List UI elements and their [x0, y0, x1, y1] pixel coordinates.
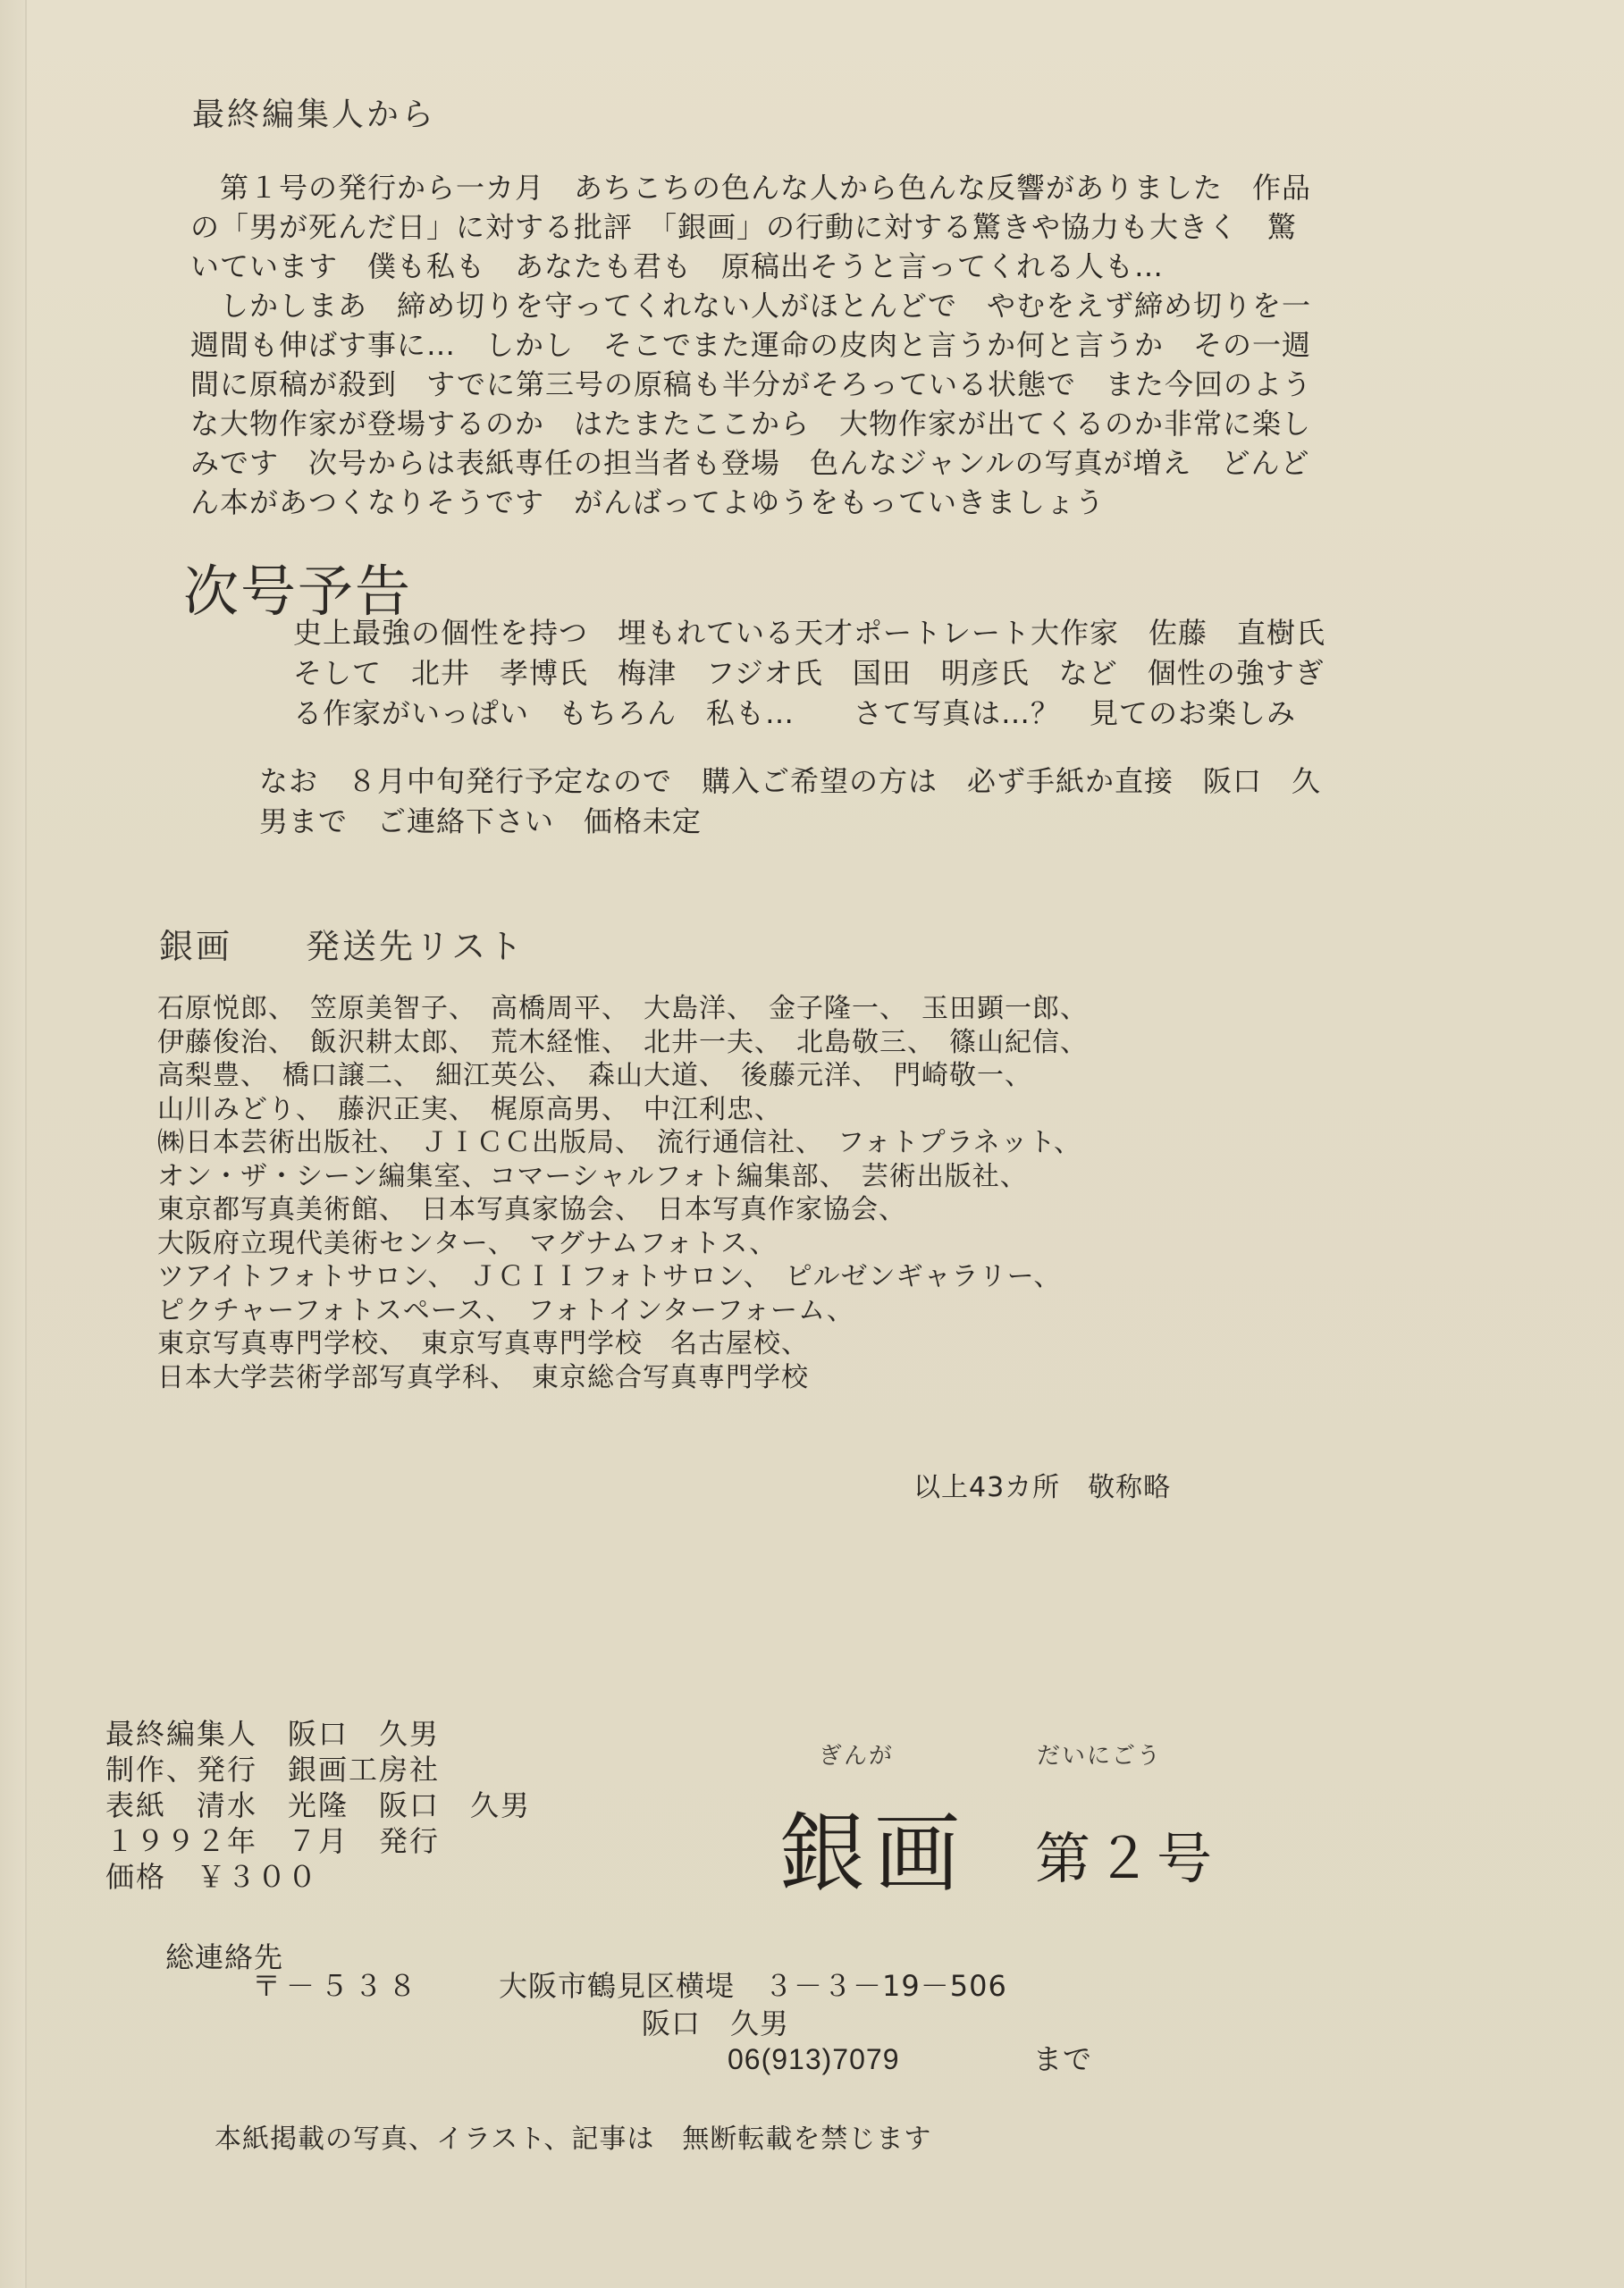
paragraph-line: しかしまあ 締め切りを守ってくれない人がほとんどで やむをえず締め切りを一: [190, 286, 1312, 325]
paragraph-line: る作家がいっぱい もちろん 私も… さて写真は…？ 見てのお楽しみ: [293, 694, 1325, 734]
list-item: ツアイトフォトサロン、 ＪＣＩＩフォトサロン、 ピルゼンギャラリー、: [157, 1260, 1088, 1294]
list-item: 日本大学芸術学部写真学科、 東京総合写真専門学校: [157, 1361, 1088, 1395]
issue-number: 第２号: [1035, 1814, 1217, 1894]
page-edge: [0, 0, 27, 2288]
phone-number: 06(913)7079: [728, 2041, 899, 2077]
paragraph-line: そして 北井 孝博氏 梅津 フジオ氏 国田 明彦氏 など 個性の強すぎ: [293, 653, 1325, 694]
paragraph-line: みです 次号からは表紙専任の担当者も登場 色んなジャンルの写真が増え どんど: [190, 443, 1312, 483]
paragraph-line: 男まで ご連絡下さい 価格未定: [259, 802, 1321, 842]
list-item: 山川みどり、 藤沢正実、 梶原高男、 中江利忠、: [157, 1093, 1088, 1127]
contact-name: 阪口 久男: [642, 2006, 789, 2041]
postal-code: 〒－５３８: [252, 1968, 422, 2004]
paragraph-line: な大物作家が登場するのか はたまたここから 大物作家が出てくるのか非常に楽し: [190, 404, 1312, 443]
list-item: 東京写真専門学校、 東京写真専門学校 名古屋校、: [157, 1327, 1088, 1361]
colophon: 最終編集人 阪口 久男 制作、発行 銀画工房社 表紙 清水 光隆 阪口 久男 １…: [105, 1716, 531, 1895]
issue-ruby: だいにごう: [1037, 1737, 1162, 1771]
editor-note-heading: 最終編集人から: [192, 89, 436, 135]
list-item: ピクチャーフォトスペース、 フォトインターフォーム、: [157, 1294, 1088, 1328]
list-item: 石原悦郎、 笠原美智子、 高橋周平、 大島洋、 金子隆一、 玉田顕一郎、: [157, 992, 1088, 1026]
list-item: ㈱日本芸術出版社、 ＪＩＣＣ出版局、 流行通信社、 フォトプラネット、: [157, 1126, 1088, 1160]
colophon-line: 表紙 清水 光隆 阪口 久男: [105, 1787, 531, 1823]
colophon-line: 価格 ￥３００: [105, 1859, 531, 1895]
paragraph-line: いています 僕も私も あなたも君も 原稿出そうと言ってくれる人も…: [190, 247, 1312, 286]
paragraph-line: なお ８月中旬発行予定なので 購入ご希望の方は 必ず手紙か直接 阪口 久: [259, 761, 1321, 802]
colophon-line: １９９２年 ７月 発行: [105, 1823, 531, 1859]
publication-title: 銀画: [779, 1786, 969, 1908]
list-item: 東京都写真美術館、 日本写真家協会、 日本写真作家協会、: [157, 1193, 1088, 1227]
mailing-list-footer: 以上43カ所 敬称略: [913, 1471, 1171, 1505]
title-ruby: ぎんが: [819, 1737, 894, 1771]
mailing-list: 石原悦郎、 笠原美智子、 高橋周平、 大島洋、 金子隆一、 玉田顕一郎、 伊藤俊…: [157, 992, 1088, 1394]
list-item: 高梨豊、 橋口譲二、 細江英公、 森山大道、 後藤元洋、 門崎敬一、: [157, 1059, 1088, 1093]
paragraph-line: 史上最強の個性を持つ 埋もれている天才ポートレート大作家 佐藤 直樹氏: [293, 613, 1325, 653]
colophon-line: 最終編集人 阪口 久男: [105, 1716, 531, 1752]
editor-note-body: 第１号の発行から一カ月 あちこちの色んな人から色んな反響がありました 作品 の「…: [190, 168, 1312, 522]
phone-suffix: まで: [1033, 2041, 1092, 2077]
paragraph-line: の「男が死んだ日」に対する批評 「銀画」の行動に対する驚きや協力も大きく 驚: [190, 207, 1312, 247]
mailing-list-heading: 銀画 発送先リスト: [159, 919, 525, 968]
paragraph-line: 第１号の発行から一カ月 あちこちの色んな人から色んな反響がありました 作品: [190, 168, 1312, 207]
paragraph-line: ん本があつくなりそうです がんばってよゆうをもっていきましょう: [190, 483, 1312, 522]
paragraph-line: 週間も伸ばす事に… しかし そこでまた運命の皮肉と言うか何と言うか その一週: [190, 325, 1312, 365]
address: 大阪市鶴見区横堤 ３－３－19－506: [499, 1968, 1007, 2004]
colophon-line: 制作、発行 銀画工房社: [105, 1752, 531, 1787]
next-issue-notice: なお ８月中旬発行予定なので 購入ご希望の方は 必ず手紙か直接 阪口 久 男まで…: [259, 761, 1321, 842]
list-item: オン・ザ・シーン編集室、コマーシャルフォト編集部、 芸術出版社、: [157, 1160, 1088, 1194]
list-item: 伊藤俊治、 飯沢耕太郎、 荒木経惟、 北井一夫、 北島敬三、 篠山紀信、: [157, 1026, 1088, 1060]
paragraph-line: 間に原稿が殺到 すでに第三号の原稿も半分がそろっている状態で また今回のよう: [190, 365, 1312, 404]
copyright-notice: 本紙掲載の写真、イラスト、記事は 無断転載を禁じます: [215, 2116, 931, 2156]
next-issue-body: 史上最強の個性を持つ 埋もれている天才ポートレート大作家 佐藤 直樹氏 そして …: [293, 613, 1325, 734]
list-item: 大阪府立現代美術センター、 マグナムフォトス、: [157, 1227, 1088, 1261]
